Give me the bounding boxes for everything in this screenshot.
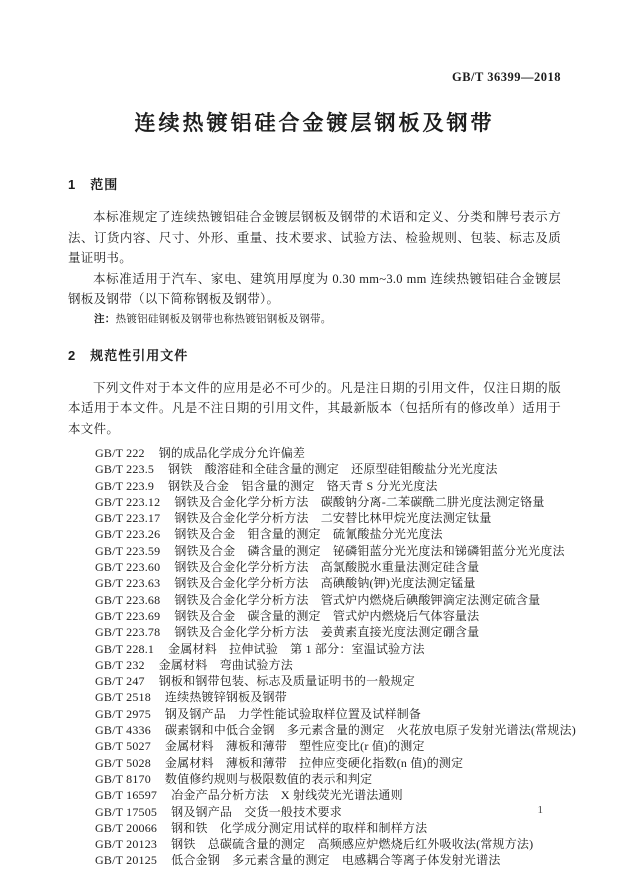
scope-note: 注：热镀铝硅钢板及钢带也称热镀铝钢板及钢带。 <box>68 312 561 327</box>
reference-title: 钢铁及合金化学分析方法 高碘酸钠(钾)光度法测定锰量 <box>174 576 475 590</box>
reference-item: GB/T 223.26钢铁及合金 钼含量的测定 硫氰酸盐分光光度法 <box>68 526 561 542</box>
reference-item: GB/T 223.12钢铁及合金化学分析方法 碳酸钠分离-二苯碳酰二肼光度法测定… <box>68 494 561 510</box>
reference-item: GB/T 223.9钢铁及合金 铝含量的测定 铬天青 S 分光光度法 <box>68 478 561 494</box>
reference-item: GB/T 228.1金属材料 拉伸试验 第 1 部分：室温试验方法 <box>68 641 561 657</box>
reference-item: GB/T 20123钢铁 总碳硫含量的测定 高频感应炉燃烧后红外吸收法(常规方法… <box>68 836 561 852</box>
reference-title: 钢铁及合金 铝含量的测定 铬天青 S 分光光度法 <box>168 479 437 493</box>
reference-code: GB/T 4336 <box>95 723 151 737</box>
reference-code: GB/T 8170 <box>95 772 151 786</box>
reference-item: GB/T 223.60钢铁及合金化学分析方法 高氯酸脱水重量法测定硅含量 <box>68 559 561 575</box>
section-scope-title: 范围 <box>90 177 118 192</box>
reference-code: GB/T 16597 <box>95 788 157 802</box>
reference-code: GB/T 223.9 <box>95 479 154 493</box>
reference-item: GB/T 16597冶金产品分析方法 X 射线荧光光谱法通则 <box>68 787 561 803</box>
reference-title: 金属材料 薄板和薄带 塑性应变比(r 值)的测定 <box>165 739 425 753</box>
section-scope-number: 1 <box>68 177 76 192</box>
reference-title: 钢板和钢带包装、标志及质量证明书的一般规定 <box>159 674 415 688</box>
reference-item: GB/T 20125低合金钢 多元素含量的测定 电感耦合等离子体发射光谱法 <box>68 852 561 868</box>
reference-code: GB/T 5028 <box>95 756 151 770</box>
scope-paragraph-1: 本标准规定了连续热镀铝硅合金镀层钢板及钢带的术语和定义、分类和牌号表示方法、订货… <box>68 207 561 269</box>
reference-title: 金属材料 拉伸试验 第 1 部分：室温试验方法 <box>168 642 425 656</box>
reference-title: 金属材料 弯曲试验方法 <box>159 658 293 672</box>
section-references-title: 规范性引用文件 <box>90 348 188 363</box>
reference-item: GB/T 232金属材料 弯曲试验方法 <box>68 657 561 673</box>
reference-code: GB/T 20125 <box>95 853 157 867</box>
reference-title: 数值修约规则与极限数值的表示和判定 <box>165 772 372 786</box>
reference-code: GB/T 223.69 <box>95 609 160 623</box>
reference-item: GB/T 4336碳素钢和中低合金钢 多元素含量的测定 火花放电原子发射光谱法(… <box>68 722 561 738</box>
note-text: 热镀铝硅钢板及钢带也称热镀铝钢板及钢带。 <box>116 314 332 325</box>
reference-code: GB/T 17505 <box>95 805 157 819</box>
reference-code: GB/T 20066 <box>95 821 157 835</box>
reference-title: 钢铁及合金化学分析方法 碳酸钠分离-二苯碳酰二肼光度法测定铬量 <box>174 495 544 509</box>
reference-item: GB/T 8170数值修约规则与极限数值的表示和判定 <box>68 771 561 787</box>
reference-item: GB/T 223.59钢铁及合金 磷含量的测定 铋磷钼蓝分光光度法和锑磷钼蓝分光… <box>68 543 561 559</box>
reference-item: GB/T 223.5钢铁 酸溶硅和全硅含量的测定 还原型硅钼酸盐分光光度法 <box>68 461 561 477</box>
reference-code: GB/T 2518 <box>95 690 151 704</box>
section-references-number: 2 <box>68 348 76 363</box>
reference-code: GB/T 20123 <box>95 837 157 851</box>
reference-code: GB/T 223.68 <box>95 593 160 607</box>
reference-code: GB/T 223.63 <box>95 576 160 590</box>
references-intro: 下列文件对于本文件的应用是必不可少的。凡是注日期的引用文件，仅注日期的版本适用于… <box>68 378 561 440</box>
reference-code: GB/T 223.78 <box>95 625 160 639</box>
reference-title: 钢铁及合金 钼含量的测定 硫氰酸盐分光光度法 <box>174 527 442 541</box>
reference-code: GB/T 223.26 <box>95 527 160 541</box>
reference-item: GB/T 5027金属材料 薄板和薄带 塑性应变比(r 值)的测定 <box>68 738 561 754</box>
reference-title: 钢铁 酸溶硅和全硅含量的测定 还原型硅钼酸盐分光光度法 <box>168 462 497 476</box>
reference-code: GB/T 223.17 <box>95 511 160 525</box>
reference-item: GB/T 223.69钢铁及合金 碳含量的测定 管式炉内燃烧后气体容量法 <box>68 608 561 624</box>
reference-item: GB/T 223.78钢铁及合金化学分析方法 姜黄素直接光度法测定硼含量 <box>68 624 561 640</box>
reference-code: GB/T 232 <box>95 658 145 672</box>
reference-item: GB/T 247钢板和钢带包装、标志及质量证明书的一般规定 <box>68 673 561 689</box>
reference-title: 钢铁及合金化学分析方法 二安替比林甲烷光度法测定钛量 <box>174 511 491 525</box>
reference-title: 冶金产品分析方法 X 射线荧光光谱法通则 <box>171 788 403 802</box>
reference-item: GB/T 5028金属材料 薄板和薄带 拉伸应变硬化指数(n 值)的测定 <box>68 755 561 771</box>
reference-item: GB/T 223.17钢铁及合金化学分析方法 二安替比林甲烷光度法测定钛量 <box>68 510 561 526</box>
reference-code: GB/T 223.59 <box>95 544 160 558</box>
reference-list: GB/T 222钢的成品化学成分允许偏差 GB/T 223.5钢铁 酸溶硅和全硅… <box>68 445 561 869</box>
section-references-heading: 2规范性引用文件 <box>68 347 561 364</box>
reference-item: GB/T 20066钢和铁 化学成分测定用试样的取样和制样方法 <box>68 820 561 836</box>
reference-item: GB/T 222钢的成品化学成分允许偏差 <box>68 445 561 461</box>
reference-code: GB/T 222 <box>95 446 145 460</box>
reference-title: 钢铁及合金化学分析方法 管式炉内燃烧后碘酸钾滴定法测定硫含量 <box>174 593 540 607</box>
reference-title: 连续热镀锌钢板及钢带 <box>165 690 287 704</box>
reference-code: GB/T 247 <box>95 674 145 688</box>
reference-title: 钢铁及合金化学分析方法 姜黄素直接光度法测定硼含量 <box>174 625 479 639</box>
reference-code: GB/T 2975 <box>95 707 151 721</box>
document-title: 连续热镀铝硅合金镀层钢板及钢带 <box>68 110 561 138</box>
reference-title: 碳素钢和中低合金钢 多元素含量的测定 火花放电原子发射光谱法(常规法) <box>165 723 576 737</box>
scope-paragraph-2: 本标准适用于汽车、家电、建筑用厚度为 0.30 mm~3.0 mm 连续热镀铝硅… <box>68 269 561 310</box>
reference-item: GB/T 223.63钢铁及合金化学分析方法 高碘酸钠(钾)光度法测定锰量 <box>68 575 561 591</box>
note-label: 注： <box>94 314 116 325</box>
page-header: GB/T 36399—2018 <box>68 70 561 84</box>
reference-code: GB/T 223.60 <box>95 560 160 574</box>
reference-title: 钢铁 总碳硫含量的测定 高频感应炉燃烧后红外吸收法(常规方法) <box>171 837 533 851</box>
reference-title: 钢铁及合金 磷含量的测定 铋磷钼蓝分光光度法和锑磷钼蓝分光光度法 <box>174 544 564 558</box>
reference-code: GB/T 5027 <box>95 739 151 753</box>
reference-title: 钢的成品化学成分允许偏差 <box>159 446 305 460</box>
reference-title: 低合金钢 多元素含量的测定 电感耦合等离子体发射光谱法 <box>171 853 500 867</box>
reference-item: GB/T 223.68钢铁及合金化学分析方法 管式炉内燃烧后碘酸钾滴定法测定硫含… <box>68 592 561 608</box>
reference-code: GB/T 223.12 <box>95 495 160 509</box>
reference-title: 钢和铁 化学成分测定用试样的取样和制样方法 <box>171 821 427 835</box>
reference-code: GB/T 228.1 <box>95 642 154 656</box>
reference-title: 钢铁及合金化学分析方法 高氯酸脱水重量法测定硅含量 <box>174 560 479 574</box>
section-scope-heading: 1范围 <box>68 176 561 193</box>
document-page: GB/T 36399—2018 连续热镀铝硅合金镀层钢板及钢带 1范围 本标准规… <box>0 0 621 878</box>
reference-item: GB/T 2975钢及钢产品 力学性能试验取样位置及试样制备 <box>68 706 561 722</box>
reference-item: GB/T 17505钢及钢产品 交货一般技术要求 <box>68 804 561 820</box>
reference-code: GB/T 223.5 <box>95 462 154 476</box>
reference-title: 钢及钢产品 交货一般技术要求 <box>171 805 342 819</box>
page-number: 1 <box>538 804 544 817</box>
reference-item: GB/T 2518连续热镀锌钢板及钢带 <box>68 689 561 705</box>
reference-title: 金属材料 薄板和薄带 拉伸应变硬化指数(n 值)的测定 <box>165 756 463 770</box>
reference-title: 钢铁及合金 碳含量的测定 管式炉内燃烧后气体容量法 <box>174 609 479 623</box>
reference-title: 钢及钢产品 力学性能试验取样位置及试样制备 <box>165 707 421 721</box>
standard-number: GB/T 36399—2018 <box>452 70 561 84</box>
